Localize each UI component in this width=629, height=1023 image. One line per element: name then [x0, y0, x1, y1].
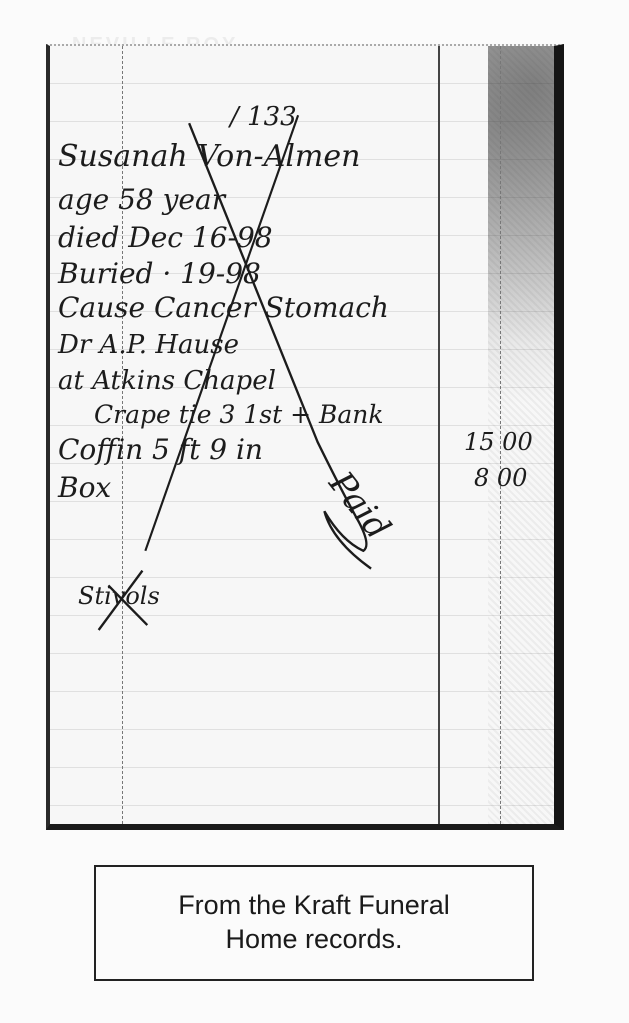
entry-number: / 133 — [230, 104, 297, 130]
service-location-line: at Atkins Chapel — [58, 368, 276, 394]
caption-line-2: Home records. — [225, 923, 402, 957]
ledger-page: / 133 Susanah Von-Almen age 58 year died… — [46, 44, 564, 830]
death-date-line: died Dec 16-98 — [58, 224, 273, 252]
amount-box: 8 00 — [474, 466, 527, 490]
coffin-line: Coffin 5 ft 9 in — [58, 436, 263, 464]
caption-line-1: From the Kraft Funeral — [178, 889, 450, 923]
paid-mark: Paid — [323, 466, 396, 545]
signature: Stivols — [78, 584, 160, 608]
age-line: age 58 year — [58, 186, 225, 214]
amount-coffin: 15 00 — [464, 430, 533, 454]
cause-of-death-line: Cause Cancer Stomach — [58, 294, 389, 322]
doctor-line: Dr A.P. Hause — [58, 332, 239, 358]
caption-box: From the Kraft Funeral Home records. — [94, 865, 534, 981]
ledger-column-rule — [438, 46, 440, 824]
box-line: Box — [58, 474, 111, 502]
burial-date-line: Buried · 19-98 — [58, 260, 261, 288]
crape-line: Crape tie 3 1st + Bank — [94, 402, 384, 427]
deceased-name: Susanah Von-Almen — [58, 142, 360, 172]
